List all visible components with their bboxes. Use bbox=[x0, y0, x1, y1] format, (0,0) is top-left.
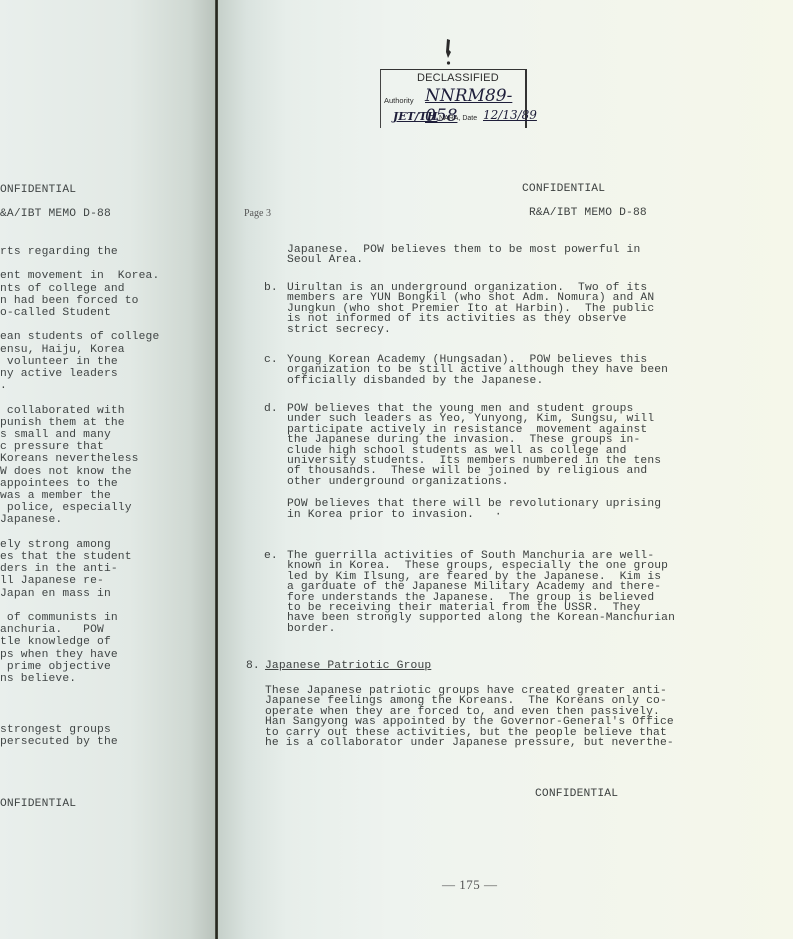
left-page-line: ean students of college bbox=[0, 331, 159, 343]
left-page-line: es that the student bbox=[0, 551, 132, 563]
left-page-line: ns believe. bbox=[0, 673, 76, 685]
section-line: he is a collaborator under Japanese pres… bbox=[265, 738, 674, 748]
left-page-line: ny active leaders bbox=[0, 368, 118, 380]
left-page-line: collaborated with bbox=[0, 405, 125, 417]
stamp-mark-icon bbox=[444, 38, 453, 66]
list-item-line: other underground organizations. bbox=[287, 477, 509, 487]
list-marker: c. bbox=[264, 355, 278, 365]
list-item-line: border. bbox=[287, 624, 336, 634]
classification-bottom: CONFIDENTIAL bbox=[535, 789, 618, 799]
left-page-line: s small and many bbox=[0, 429, 111, 441]
left-page-line: o-called Student bbox=[0, 307, 111, 319]
classification-top: CONFIDENTIAL bbox=[522, 184, 605, 194]
memo-id: R&A/IBT MEMO D-88 bbox=[529, 208, 647, 218]
list-item-line: officially disbanded by the Japanese. bbox=[287, 376, 543, 386]
left-page-line: ely strong among bbox=[0, 539, 111, 551]
declassified-stamp: DECLASSIFIED Authority NNRM89-058 JET/TH… bbox=[380, 69, 527, 128]
left-page-line: tle knowledge of bbox=[0, 636, 111, 648]
left-footer-classification: ONFIDENTIAL bbox=[0, 798, 76, 810]
page-label: Page 3 bbox=[244, 208, 271, 219]
left-page-line: Japanese. bbox=[0, 514, 62, 526]
left-page-line: ent movement in Korea. bbox=[0, 270, 159, 282]
left-header-classification: ONFIDENTIAL bbox=[0, 184, 76, 196]
section-number: 8. bbox=[246, 661, 260, 671]
list-item-line: strict secrecy. bbox=[287, 325, 391, 335]
list-marker: b. bbox=[264, 283, 278, 293]
left-page-line: volunteer in the bbox=[0, 356, 118, 368]
left-page-line: was a member the bbox=[0, 490, 111, 502]
left-page-line: rts regarding the bbox=[0, 246, 118, 258]
left-page-line: persecuted by the bbox=[0, 736, 118, 748]
left-page-line: ll Japanese re- bbox=[0, 575, 104, 587]
left-page-line: nts of college and bbox=[0, 283, 125, 295]
left-page-line: prime objective bbox=[0, 661, 111, 673]
left-page-line: anchuria. POW bbox=[0, 624, 104, 636]
left-page-line: ps when they have bbox=[0, 649, 118, 661]
intro-line: Seoul Area. bbox=[287, 255, 363, 265]
stamp-authority-label: Authority bbox=[384, 96, 414, 105]
left-page-line: of communists in bbox=[0, 612, 118, 624]
stamp-date: 12/13/89 bbox=[483, 108, 537, 122]
stamp-initials: JET/TH bbox=[393, 110, 437, 123]
left-page-line: ensu, Haiju, Korea bbox=[0, 344, 125, 356]
paragraph-line: in Korea prior to invasion. · bbox=[287, 510, 502, 520]
left-page-line: ders in the anti- bbox=[0, 563, 118, 575]
list-marker: e. bbox=[264, 551, 278, 561]
left-page: ONFIDENTIAL &A/IBT MEMO D-88 rts regardi… bbox=[0, 0, 216, 939]
left-page-line: strongest groups bbox=[0, 724, 111, 736]
stamp-title: DECLASSIFIED bbox=[417, 72, 499, 84]
stamp-nara-label: NARA, Date bbox=[439, 115, 477, 122]
left-page-line: Koreans nevertheless bbox=[0, 453, 139, 465]
list-marker: d. bbox=[264, 404, 278, 414]
left-page-line: n had been forced to bbox=[0, 295, 139, 307]
left-page-line: police, especially bbox=[0, 502, 132, 514]
section-heading: Japanese Patriotic Group bbox=[265, 661, 431, 671]
left-page-line: . bbox=[0, 380, 7, 392]
left-header-memo: &A/IBT MEMO D-88 bbox=[0, 208, 111, 220]
page-number: — 175 — bbox=[442, 877, 498, 893]
left-page-line: c pressure that bbox=[0, 441, 104, 453]
left-page-line: W does not know the bbox=[0, 466, 132, 478]
left-page-line: Japan en mass in bbox=[0, 588, 111, 600]
left-page-line: punish them at the bbox=[0, 417, 125, 429]
list-item-line: have been strongly supported along the K… bbox=[287, 613, 675, 623]
left-page-line: appointees to the bbox=[0, 478, 118, 490]
